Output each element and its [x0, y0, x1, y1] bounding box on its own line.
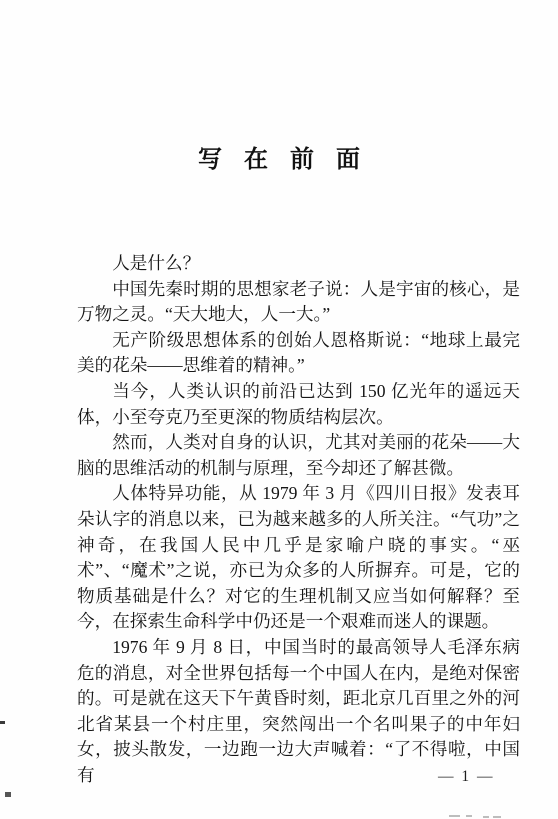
book-page: 写在前面 人是什么？ 中国先秦时期的思想家老子说：人是宇宙的核心，是万物之灵。“…	[0, 0, 558, 819]
scan-smudge	[466, 815, 472, 817]
scan-smudge	[493, 816, 501, 818]
scan-smudge	[449, 815, 460, 817]
scan-speck	[0, 721, 5, 724]
body-text: 人是什么？ 中国先秦时期的思想家老子说：人是宇宙的核心，是万物之灵。“天大地大，…	[77, 251, 520, 788]
paragraph: 中国先秦时期的思想家老子说：人是宇宙的核心，是万物之灵。“天大地大，人一大。”	[77, 277, 520, 328]
scan-speck	[5, 792, 11, 797]
scan-smudge	[483, 816, 489, 818]
paragraph: 当今，人类认识的前沿已达到 150 亿光年的遥远天体，小至夸克乃至更深的物质结构…	[77, 379, 520, 430]
paragraph: 人体特异功能，从 1979 年 3 月《四川日报》发表耳朵认字的消息以来，已为越…	[77, 481, 520, 635]
page-number: — 1 —	[438, 768, 495, 786]
page-title: 写在前面	[0, 146, 558, 174]
paragraph: 人是什么？	[77, 251, 520, 277]
paragraph: 然而，人类对自身的认识，尤其对美丽的花朵——大脑的思维活动的机制与原理，至今却还…	[77, 430, 520, 481]
paragraph: 1976 年 9 月 8 日，中国当时的最高领导人毛泽东病危的消息，对全世界包括…	[77, 635, 520, 789]
paragraph: 无产阶级思想体系的创始人恩格斯说：“地球上最完美的花朵——思维着的精神。”	[77, 328, 520, 379]
